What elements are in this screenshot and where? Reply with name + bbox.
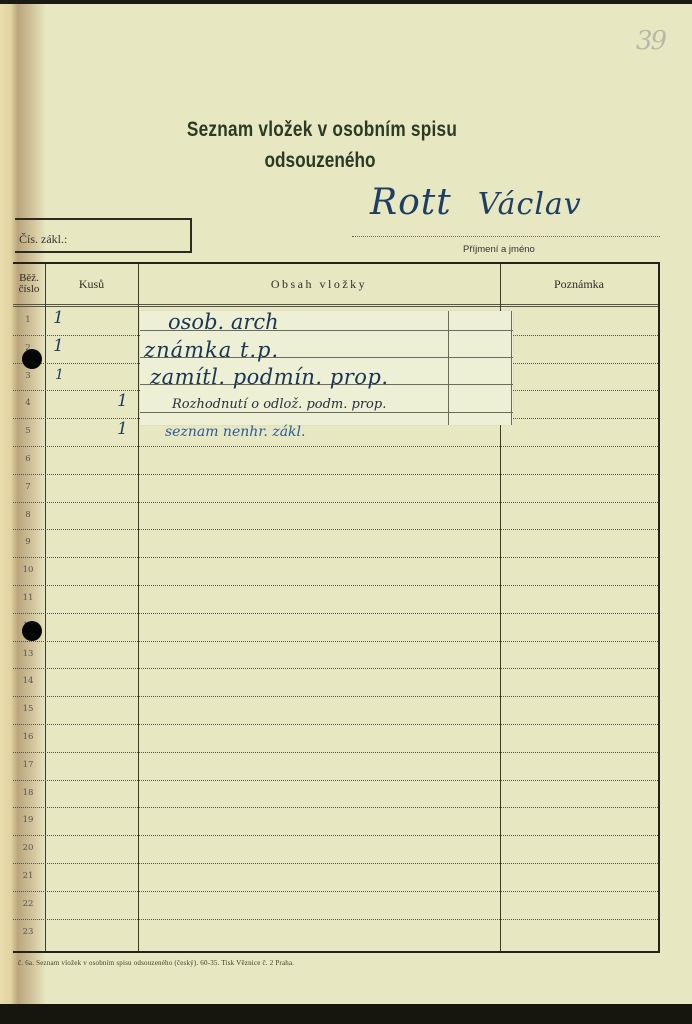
page-number: 39	[636, 26, 665, 56]
entry-content: seznam nenhr. zákl.	[165, 424, 305, 440]
table-row: 14	[13, 668, 658, 697]
entry-content: Rozhodnutí o odlož. podm. prop.	[172, 397, 386, 412]
entry-content: zamítl. podmín. prop.	[150, 365, 389, 389]
table-row: 12	[13, 613, 658, 642]
header-note: Poznámka	[500, 264, 658, 304]
case-number-field: Čís. zákl.:	[15, 218, 192, 253]
document-title: Seznam vložek v osobním spisu	[38, 118, 605, 142]
count-value: 1	[53, 308, 64, 328]
punch-hole	[22, 349, 42, 369]
punch-hole	[22, 621, 42, 641]
table-row: 10	[13, 557, 658, 586]
firstname-handwritten: Václav	[478, 187, 582, 222]
surname-handwritten: Rott	[370, 182, 452, 223]
name-dotted-line	[352, 236, 660, 237]
table-row: 19	[13, 807, 658, 836]
bottom-edge	[0, 1004, 692, 1024]
handwritten-name: RottVáclav	[370, 182, 582, 223]
count-value: 1	[117, 391, 128, 411]
table-row: 18	[13, 780, 658, 809]
name-label: Příjmení a jméno	[463, 244, 535, 255]
table-header: Běž. číslo Kusů Obsah vložky Poznámka	[13, 264, 658, 307]
count-value: 1	[117, 419, 128, 439]
table-row: 20	[13, 835, 658, 864]
table-row: 15	[13, 696, 658, 725]
header-content: Obsah vložky	[138, 264, 500, 304]
table-row: 13	[13, 641, 658, 670]
entry-content: známka t.p.	[144, 338, 279, 362]
table-row: 6	[13, 446, 658, 475]
table-row: 22	[13, 891, 658, 920]
count-value: 1	[55, 367, 64, 383]
table-row: 16	[13, 724, 658, 753]
print-footer: č. 6a. Seznam vložek v osobním spisu ods…	[18, 959, 294, 967]
table-row: 23	[13, 919, 658, 947]
table-row: 17	[13, 752, 658, 781]
case-number-label: Čís. zákl.:	[19, 232, 67, 247]
entry-content: osob. arch	[168, 310, 279, 334]
table-row: 9	[13, 529, 658, 558]
table-row: 21	[13, 863, 658, 892]
table-row: 11	[13, 585, 658, 614]
document-page: 39 Seznam vložek v osobním spisu odsouze…	[0, 4, 692, 1016]
header-number: Běž. číslo	[13, 264, 45, 304]
table-row: 8	[13, 502, 658, 531]
count-value: 1	[53, 336, 64, 356]
document-subtitle: odsouzeného	[36, 149, 603, 173]
table-row: 7	[13, 474, 658, 503]
header-count: Kusů	[45, 264, 138, 304]
